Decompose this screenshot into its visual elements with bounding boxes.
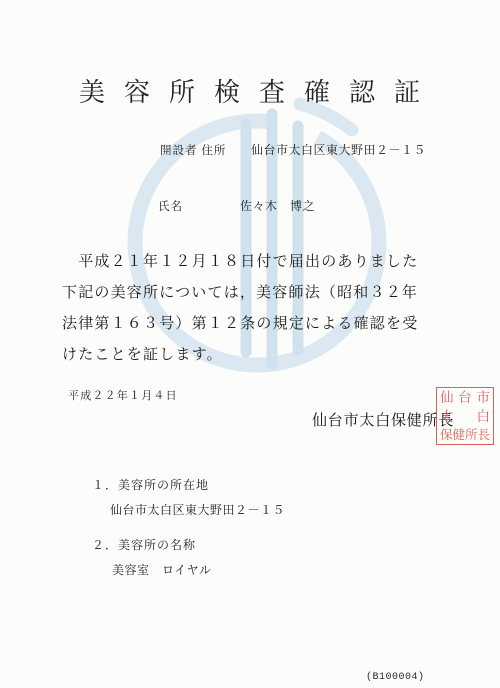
opener-name-value: 佐々木 博之 [240,197,315,214]
seal-row: 太 白 [440,410,490,424]
statement-line: 下記の美容所については，美容師法（昭和３２年 [62,278,424,309]
form-number: (B100004) [366,672,425,683]
section-1-value: 仙台市太白区東大野田２－１５ [110,501,285,518]
issuer-name: 仙台市太白保健所長 [312,409,454,430]
seal-row: 保健所長 [440,429,490,442]
certificate-page: 美容所検査確認証 開設者 住所 仙台市太白区東大野田２－１５ 氏名 佐々木 博之… [0,0,500,688]
statement-line: 平成２１年１２月１８日付で届出のありました [62,247,424,278]
official-seal-stamp: 仙台市 太 白 保健所長 [436,387,494,445]
opener-name-label: 氏名 [158,198,183,214]
certificate-title: 美容所検査確認証 [79,72,439,109]
section-1-heading: １．美容所の所在地 [92,476,209,493]
section-2-value: 美容室 ロイヤル [112,561,212,578]
certification-statement: 平成２１年１２月１８日付で届出のありました 下記の美容所については，美容師法（昭… [62,247,424,371]
opener-address-value: 仙台市太白区東大野田２－１５ [251,141,426,158]
opener-address-label: 開設者 住所 [160,142,226,158]
seal-row: 仙台市 [440,391,490,405]
section-2-heading: ２．美容所の名称 [92,536,196,553]
statement-line: けたことを証します。 [62,340,424,371]
issue-date: 平成２２年１月４日 [68,387,178,403]
statement-line: 法律第１６３号）第１２条の規定による確認を受 [62,309,424,340]
